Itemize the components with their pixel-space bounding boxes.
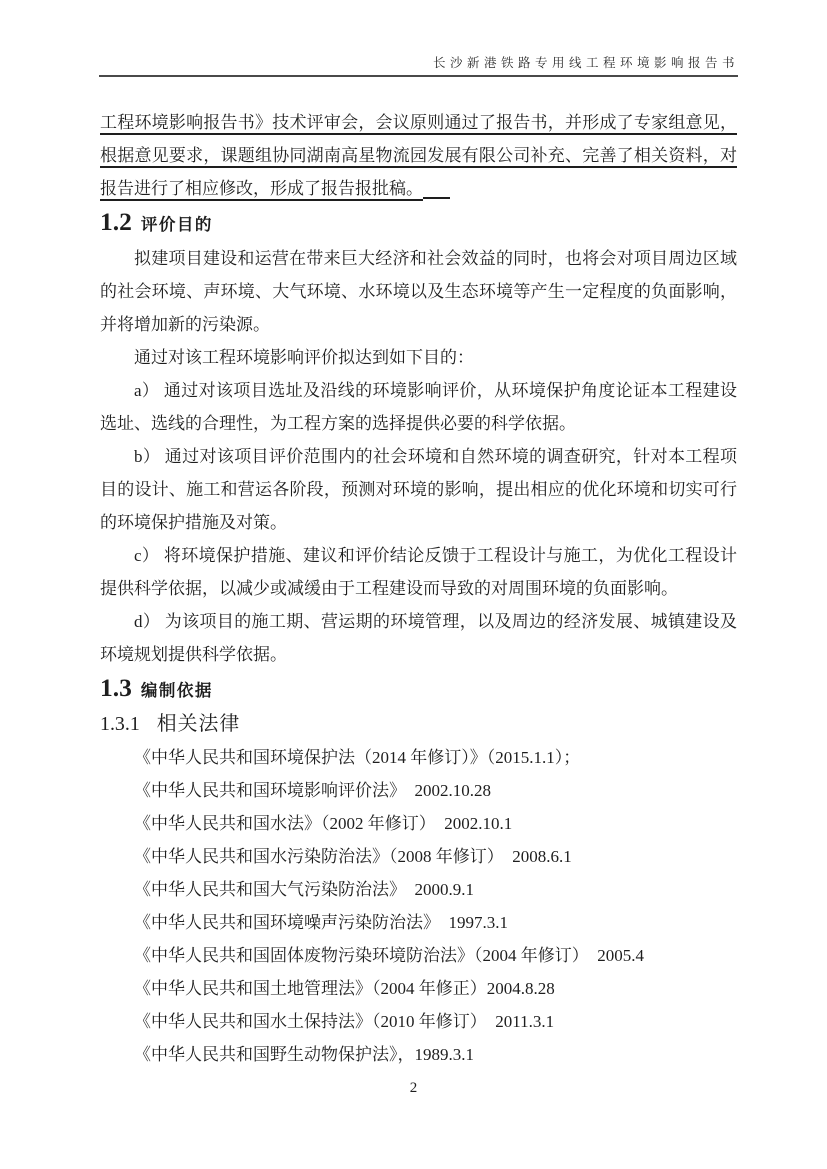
law-item: 《中华人民共和国环境保护法（2014 年修订）》（2015.1.1）； xyxy=(100,741,737,774)
page-number: 2 xyxy=(0,1080,827,1097)
document-page: 长沙新港铁路专用线工程环境影响报告书 工程环境影响报告书》技术评审会，会议原则通… xyxy=(0,0,827,1169)
section-title: 编制依据 xyxy=(141,682,213,700)
section-title: 评价目的 xyxy=(141,216,213,234)
paragraph-item-c: c） 将环境保护措施、建议和评价结论反馈于工程设计与施工，为优化工程设计提供科学… xyxy=(100,539,737,605)
section-number: 1.2 xyxy=(100,207,132,236)
section-title: 相关法律 xyxy=(157,713,241,735)
law-item: 《中华人民共和国固体废物污染环境防治法》（2004 年修订） 2005.4 xyxy=(100,939,737,972)
paragraph-item-b: b） 通过对该项目评价范围内的社会环境和自然环境的调查研究，针对本工程项目的设计… xyxy=(100,440,737,539)
law-item: 《中华人民共和国土地管理法》（2004 年修正）2004.8.28 xyxy=(100,972,737,1005)
trailing-underline xyxy=(423,197,450,199)
law-item: 《中华人民共和国大气污染防治法》 2000.9.1 xyxy=(100,873,737,906)
continued-paragraph: 工程环境影响报告书》技术评审会，会议原则通过了报告书，并形成了专家组意见，根据意… xyxy=(100,106,737,205)
section-number: 1.3 xyxy=(100,673,132,702)
paragraph-item-a: a） 通过对该项目选址及沿线的环境影响评价，从环境保护角度论证本工程建设选址、选… xyxy=(100,374,737,440)
paragraph: 通过对该工程环境影响评价拟达到如下目的： xyxy=(100,341,737,374)
underlined-text: 工程环境影响报告书》技术评审会，会议原则通过了报告书，并形成了专家组意见，根据意… xyxy=(100,113,737,198)
law-item: 《中华人民共和国环境影响评价法》 2002.10.28 xyxy=(100,774,737,807)
law-item: 《中华人民共和国环境噪声污染防治法》 1997.3.1 xyxy=(100,906,737,939)
paragraph-item-d: d） 为该项目的施工期、营运期的环境管理，以及周边的经济发展、城镇建设及环境规划… xyxy=(100,605,737,671)
law-item: 《中华人民共和国水法》（2002 年修订） 2002.10.1 xyxy=(100,807,737,840)
page-header-title: 长沙新港铁路专用线工程环境影响报告书 xyxy=(100,53,739,71)
section-heading-1-3-1: 1.3.1相关法律 xyxy=(100,708,737,741)
law-item: 《中华人民共和国野生动物保护法》，1989.3.1 xyxy=(100,1038,737,1071)
header-rule xyxy=(99,75,738,77)
paragraph: 拟建项目建设和运营在带来巨大经济和社会效益的同时，也将会对项目周边区域的社会环境… xyxy=(100,242,737,341)
law-item: 《中华人民共和国水污染防治法》（2008 年修订） 2008.6.1 xyxy=(100,840,737,873)
section-heading-1-3: 1.3编制依据 xyxy=(100,671,737,708)
document-body: 工程环境影响报告书》技术评审会，会议原则通过了报告书，并形成了专家组意见，根据意… xyxy=(100,106,737,1071)
section-number: 1.3.1 xyxy=(100,713,140,735)
section-heading-1-2: 1.2评价目的 xyxy=(100,205,737,242)
law-item: 《中华人民共和国水土保持法》（2010 年修订） 2011.3.1 xyxy=(100,1005,737,1038)
